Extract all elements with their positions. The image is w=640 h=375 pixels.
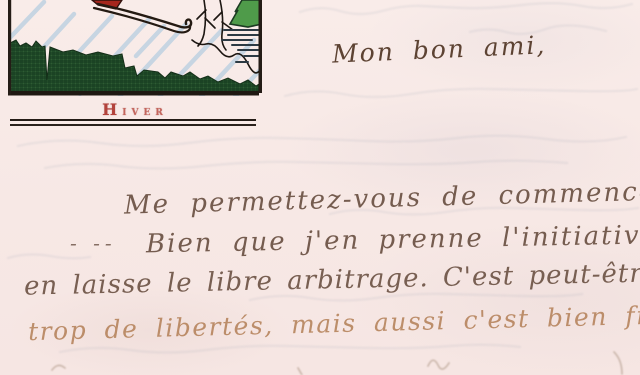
tree-trunk-icon — [198, 0, 206, 46]
winter-scene-drawing — [8, 0, 262, 98]
illustration-caption: Hiver — [8, 100, 262, 117]
letter-page: Hiver Mon bon ami, Me permettez-vous de … — [0, 0, 640, 375]
frame-bottom — [8, 91, 259, 96]
fir-tree-icon — [230, 0, 262, 27]
winter-vignette: Hiver — [8, 0, 262, 132]
double-rule — [10, 119, 256, 126]
frame-right — [259, 0, 263, 93]
frame-left — [8, 0, 11, 95]
trees-and-bank — [192, 0, 262, 73]
opening-dashes: - -- — [70, 232, 117, 254]
